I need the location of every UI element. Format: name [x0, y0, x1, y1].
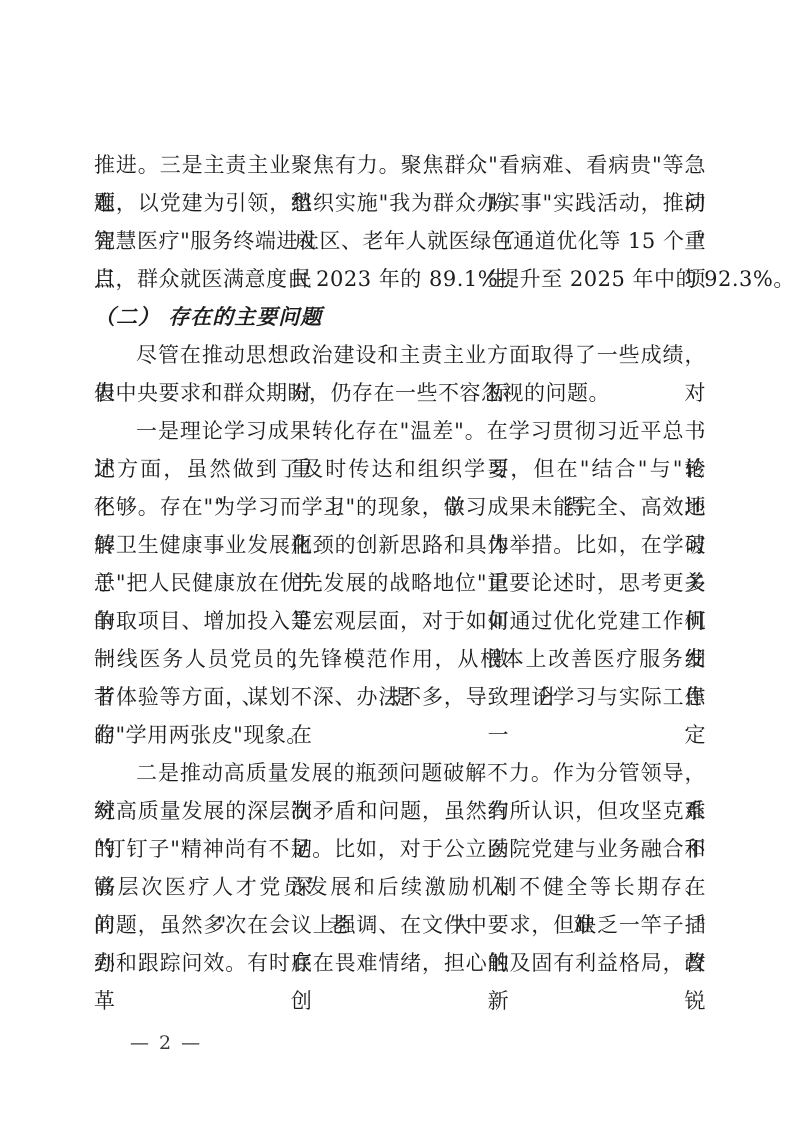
text-line: 于"把人民健康放在优先发展的战略地位"重要论述时，思考更多的是如何 [94, 564, 706, 602]
text-line: 办和跟踪问效。有时存在畏难情绪，担心触及固有利益格局，改革创新锐 [94, 944, 706, 982]
text-line: 不够。存在"为学习而学习"的现象，学习成果未能完全、高效地转化为破 [94, 488, 706, 526]
text-line: 统高质量发展的深层次矛盾和问题，虽然有所认识，但攻坚克难的韧劲和 [94, 792, 706, 830]
text-line: 一线医务人员党员的先锋模范作用，从根本上改善医疗服务细节、提升患 [94, 640, 706, 678]
text-line: 解卫生健康事业发展瓶颈的创新思路和具体举措。比如，在学习总书记关 [94, 526, 706, 564]
text-line: "钉钉子"精神尚有不足。比如，对于公立医院党建与业务融合不够深入、 [94, 830, 706, 868]
text-line: 一是理论学习成果转化存在"温差"。在学习贯彻习近平总书记重要论 [94, 412, 706, 450]
text-line: 高层次医疗人才党员发展和后续激励机制不健全等长期存在的"老大难" [94, 868, 706, 906]
section-heading: （二） 存在的主要问题 [94, 298, 706, 336]
text-line: 二是推动高质量发展的瓶颈问题破解不力。作为分管领导，对制约系 [94, 754, 706, 792]
text-line: 题，以党建为引领，组织实施"我为群众办实事"实践活动，推动完成了" [94, 184, 706, 222]
text-line: 述方面，虽然做到了及时传达和组织学习，但在"结合"与"转化"上做得还 [94, 450, 706, 488]
text-line: 推进。三是主责主业聚焦有力。聚焦群众"看病难、看病贵"等急难愁盼问 [94, 146, 706, 184]
text-line: 尽管在推动思想政治建设和主责主业方面取得了一些成绩，但对标对 [94, 336, 706, 374]
text-line: 目，群众就医满意度由 2023 年的 89.1%提升至 2025 年中的 92.… [94, 260, 706, 298]
text-line: 问题，虽然多次在会议上强调、在文件中要求，但缺乏一竿子插到底的督 [94, 906, 706, 944]
document-body: 推进。三是主责主业聚焦有力。聚焦群众"看病难、看病贵"等急难愁盼问题，以党建为引… [94, 146, 706, 982]
page-number: — 2 — [130, 1030, 202, 1056]
text-line: 争取项目、增加投入等宏观层面，对于如何通过优化党建工作机制，激发 [94, 602, 706, 640]
text-line: 者体验等方面，谋划不深、办法不多，导致理论学习与实际工作存在一定 [94, 678, 706, 716]
text-line: 智慧医疗"服务终端进社区、老年人就医绿色通道优化等 15 个重点民生项 [94, 222, 706, 260]
document-page: 推进。三是主责主业聚焦有力。聚焦群众"看病难、看病贵"等急难愁盼问题，以党建为引… [0, 0, 793, 1122]
